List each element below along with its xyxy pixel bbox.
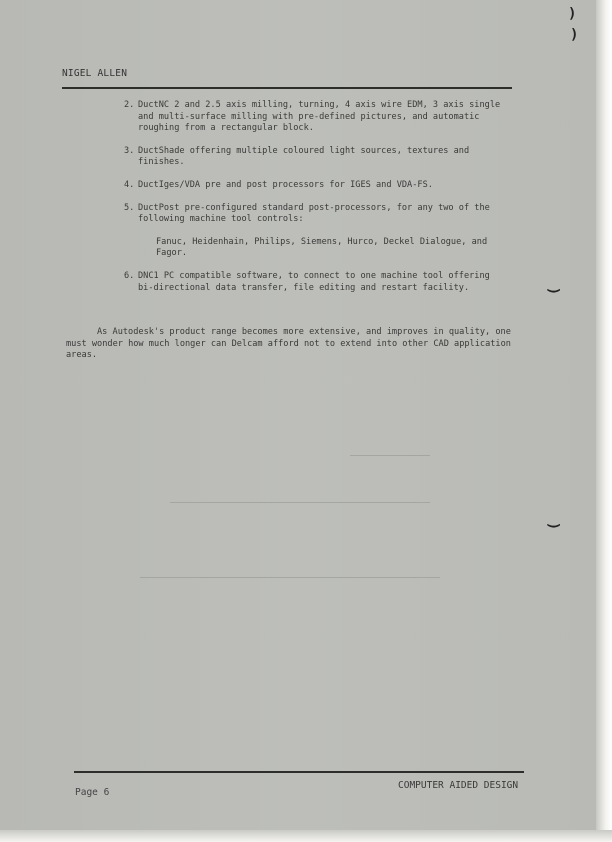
bleed-through-mark <box>350 455 430 456</box>
footer-rule <box>74 771 524 773</box>
document-page: NIGEL ALLEN 2. DuctNC 2 and 2.5 axis mil… <box>0 0 596 832</box>
list-item-text: DuctShade offering multiple coloured lig… <box>138 146 509 169</box>
publication-title: COMPUTER AIDED DESIGN <box>398 780 518 791</box>
list-item-number: 2. <box>124 100 138 135</box>
page-edge <box>596 0 612 842</box>
list-item: 3. DuctShade offering multiple coloured … <box>124 146 509 169</box>
closing-paragraph: As Autodesk's product range becomes more… <box>66 327 518 362</box>
list-item-text: DuctIges/VDA pre and post processors for… <box>138 180 509 192</box>
list-item: 5. DuctPost pre-configured standard post… <box>124 203 509 260</box>
list-item-subtext: Fanuc, Heidenhain, Philips, Siemens, Hur… <box>156 237 509 260</box>
list-item-text: DuctPost pre-configured standard post-pr… <box>138 203 509 226</box>
list-item-number: 5. <box>124 203 138 260</box>
list-item-text: DNC1 PC compatible software, to connect … <box>138 271 509 294</box>
header-author: NIGEL ALLEN <box>62 68 127 79</box>
margin-mark: ) <box>568 6 576 22</box>
page-number: Page 6 <box>75 787 109 798</box>
margin-mark: ) <box>545 287 561 295</box>
margin-mark: ) <box>570 27 578 43</box>
list-item-number: 6. <box>124 271 138 294</box>
product-list: 2. DuctNC 2 and 2.5 axis milling, turnin… <box>124 100 509 305</box>
list-item: 4. DuctIges/VDA pre and post processors … <box>124 180 509 192</box>
list-item-number: 3. <box>124 146 138 169</box>
page-edge <box>0 830 612 842</box>
bleed-through-mark <box>140 577 440 578</box>
bleed-through-mark <box>170 502 430 503</box>
margin-mark: ) <box>545 522 561 530</box>
header-rule <box>62 87 512 89</box>
list-item-number: 4. <box>124 180 138 192</box>
list-item: 6. DNC1 PC compatible software, to conne… <box>124 271 509 294</box>
list-item: 2. DuctNC 2 and 2.5 axis milling, turnin… <box>124 100 509 135</box>
list-item-text: DuctNC 2 and 2.5 axis milling, turning, … <box>138 100 509 135</box>
